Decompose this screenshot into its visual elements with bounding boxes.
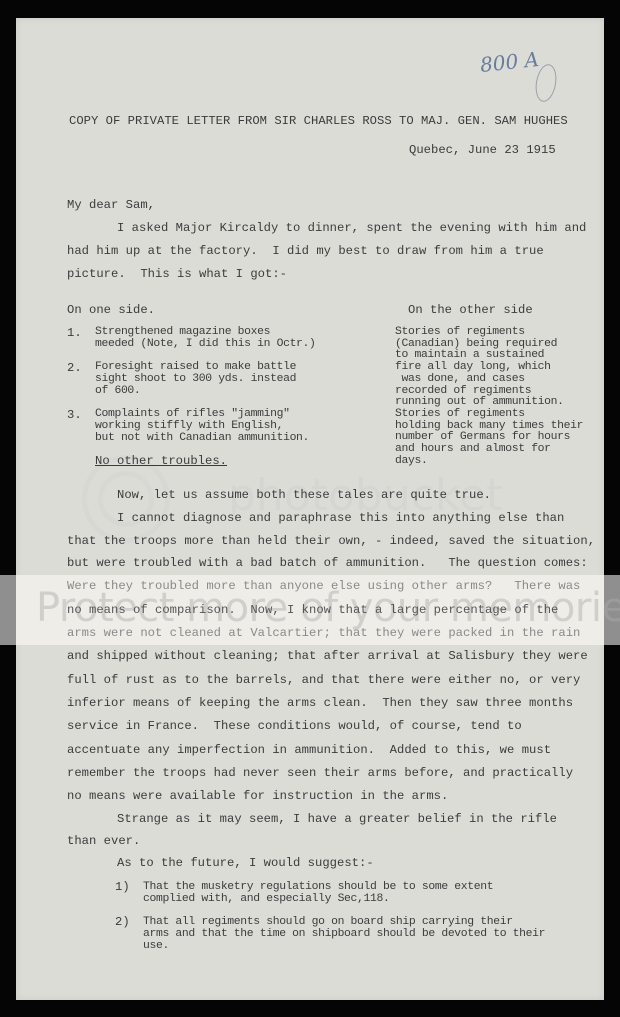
- body-line: Strange as it may seem, I have a greater…: [117, 813, 557, 825]
- body-line: accentuate any imperfection in ammunitio…: [67, 744, 551, 756]
- right-column-line: Stories of regiments: [395, 327, 525, 338]
- right-column-line: days.: [395, 456, 427, 467]
- body-line: Now, let us assume both these tales are …: [117, 489, 491, 501]
- suggestion-line: That the musketry regulations should be …: [143, 882, 493, 893]
- body-line: that the troops more than held their own…: [67, 535, 595, 547]
- letter-title: COPY OF PRIVATE LETTER FROM SIR CHARLES …: [69, 115, 568, 127]
- suggestion-line: arms and that the time on shipboard shou…: [143, 929, 545, 940]
- right-column-line: to maintain a sustained: [395, 350, 544, 361]
- body-line: Were they troubled more than anyone else…: [67, 580, 580, 592]
- left-column-closing: No other troubles.: [95, 455, 227, 467]
- right-column-line: fire all day long, which: [395, 362, 551, 373]
- item-number: 3.: [67, 409, 82, 421]
- body-line: but were troubled with a bad batch of am…: [67, 557, 588, 569]
- right-column-line: was done, and cases: [395, 374, 525, 385]
- body-line: no means of comparison. Now, I know that…: [67, 604, 558, 616]
- suggestion-line: That all regiments should go on board sh…: [143, 917, 513, 928]
- suggestion-number: 1): [115, 881, 130, 893]
- body-line: inferior means of keeping the arms clean…: [67, 697, 573, 709]
- right-column-line: (Canadian) being required: [395, 339, 557, 350]
- intro-line: had him up at the factory. I did my best…: [67, 245, 544, 257]
- item-line: Foresight raised to make battle: [95, 362, 296, 373]
- suggestion-line: complied with, and especially Sec,118.: [143, 894, 389, 905]
- letter-dateline: Quebec, June 23 1915: [409, 144, 556, 156]
- body-line: remember the troops had never seen their…: [67, 767, 573, 779]
- item-line: but not with Canadian ammunition.: [95, 433, 309, 444]
- body-line: no means were available for instruction …: [67, 790, 448, 802]
- right-column-line: and hours and almost for: [395, 444, 551, 455]
- item-line: sight shoot to 300 yds. instead: [95, 374, 296, 385]
- right-column-line: holding back many times their: [395, 421, 583, 432]
- item-number: 1.: [67, 327, 82, 339]
- suggestion-number: 2): [115, 916, 130, 928]
- right-column-line: recorded of regiments: [395, 386, 531, 397]
- item-line: Strengthened magazine boxes: [95, 327, 270, 338]
- right-column-line: number of Germans for hours: [395, 432, 570, 443]
- right-column-heading: On the other side: [408, 304, 533, 316]
- item-line: working stiffly with English,: [95, 421, 283, 432]
- item-line: meeded (Note, I did this in Octr.): [95, 339, 316, 350]
- body-line: than ever.: [67, 835, 140, 847]
- intro-line: I asked Major Kircaldy to dinner, spent …: [117, 222, 586, 234]
- body-line: full of rust as to the barrels, and that…: [67, 674, 580, 686]
- body-line: and shipped without cleaning; that after…: [67, 650, 588, 662]
- body-line: I cannot diagnose and paraphrase this in…: [117, 512, 564, 524]
- body-line: service in France. These conditions woul…: [67, 720, 522, 732]
- body-line: arms were not cleaned at Valcartier; tha…: [67, 627, 580, 639]
- suggestion-line: use.: [143, 941, 169, 952]
- suggestion-intro: As to the future, I would suggest:-: [117, 857, 374, 869]
- item-line: of 600.: [95, 386, 140, 397]
- left-column-heading: On one side.: [67, 304, 155, 316]
- right-column-line: Stories of regiments: [395, 409, 525, 420]
- item-line: Complaints of rifles "jamming": [95, 409, 290, 420]
- salutation: My dear Sam,: [67, 199, 155, 211]
- right-column-line: running out of ammunition.: [395, 397, 564, 408]
- item-number: 2.: [67, 362, 82, 374]
- intro-line: picture. This is what I got:-: [67, 268, 287, 280]
